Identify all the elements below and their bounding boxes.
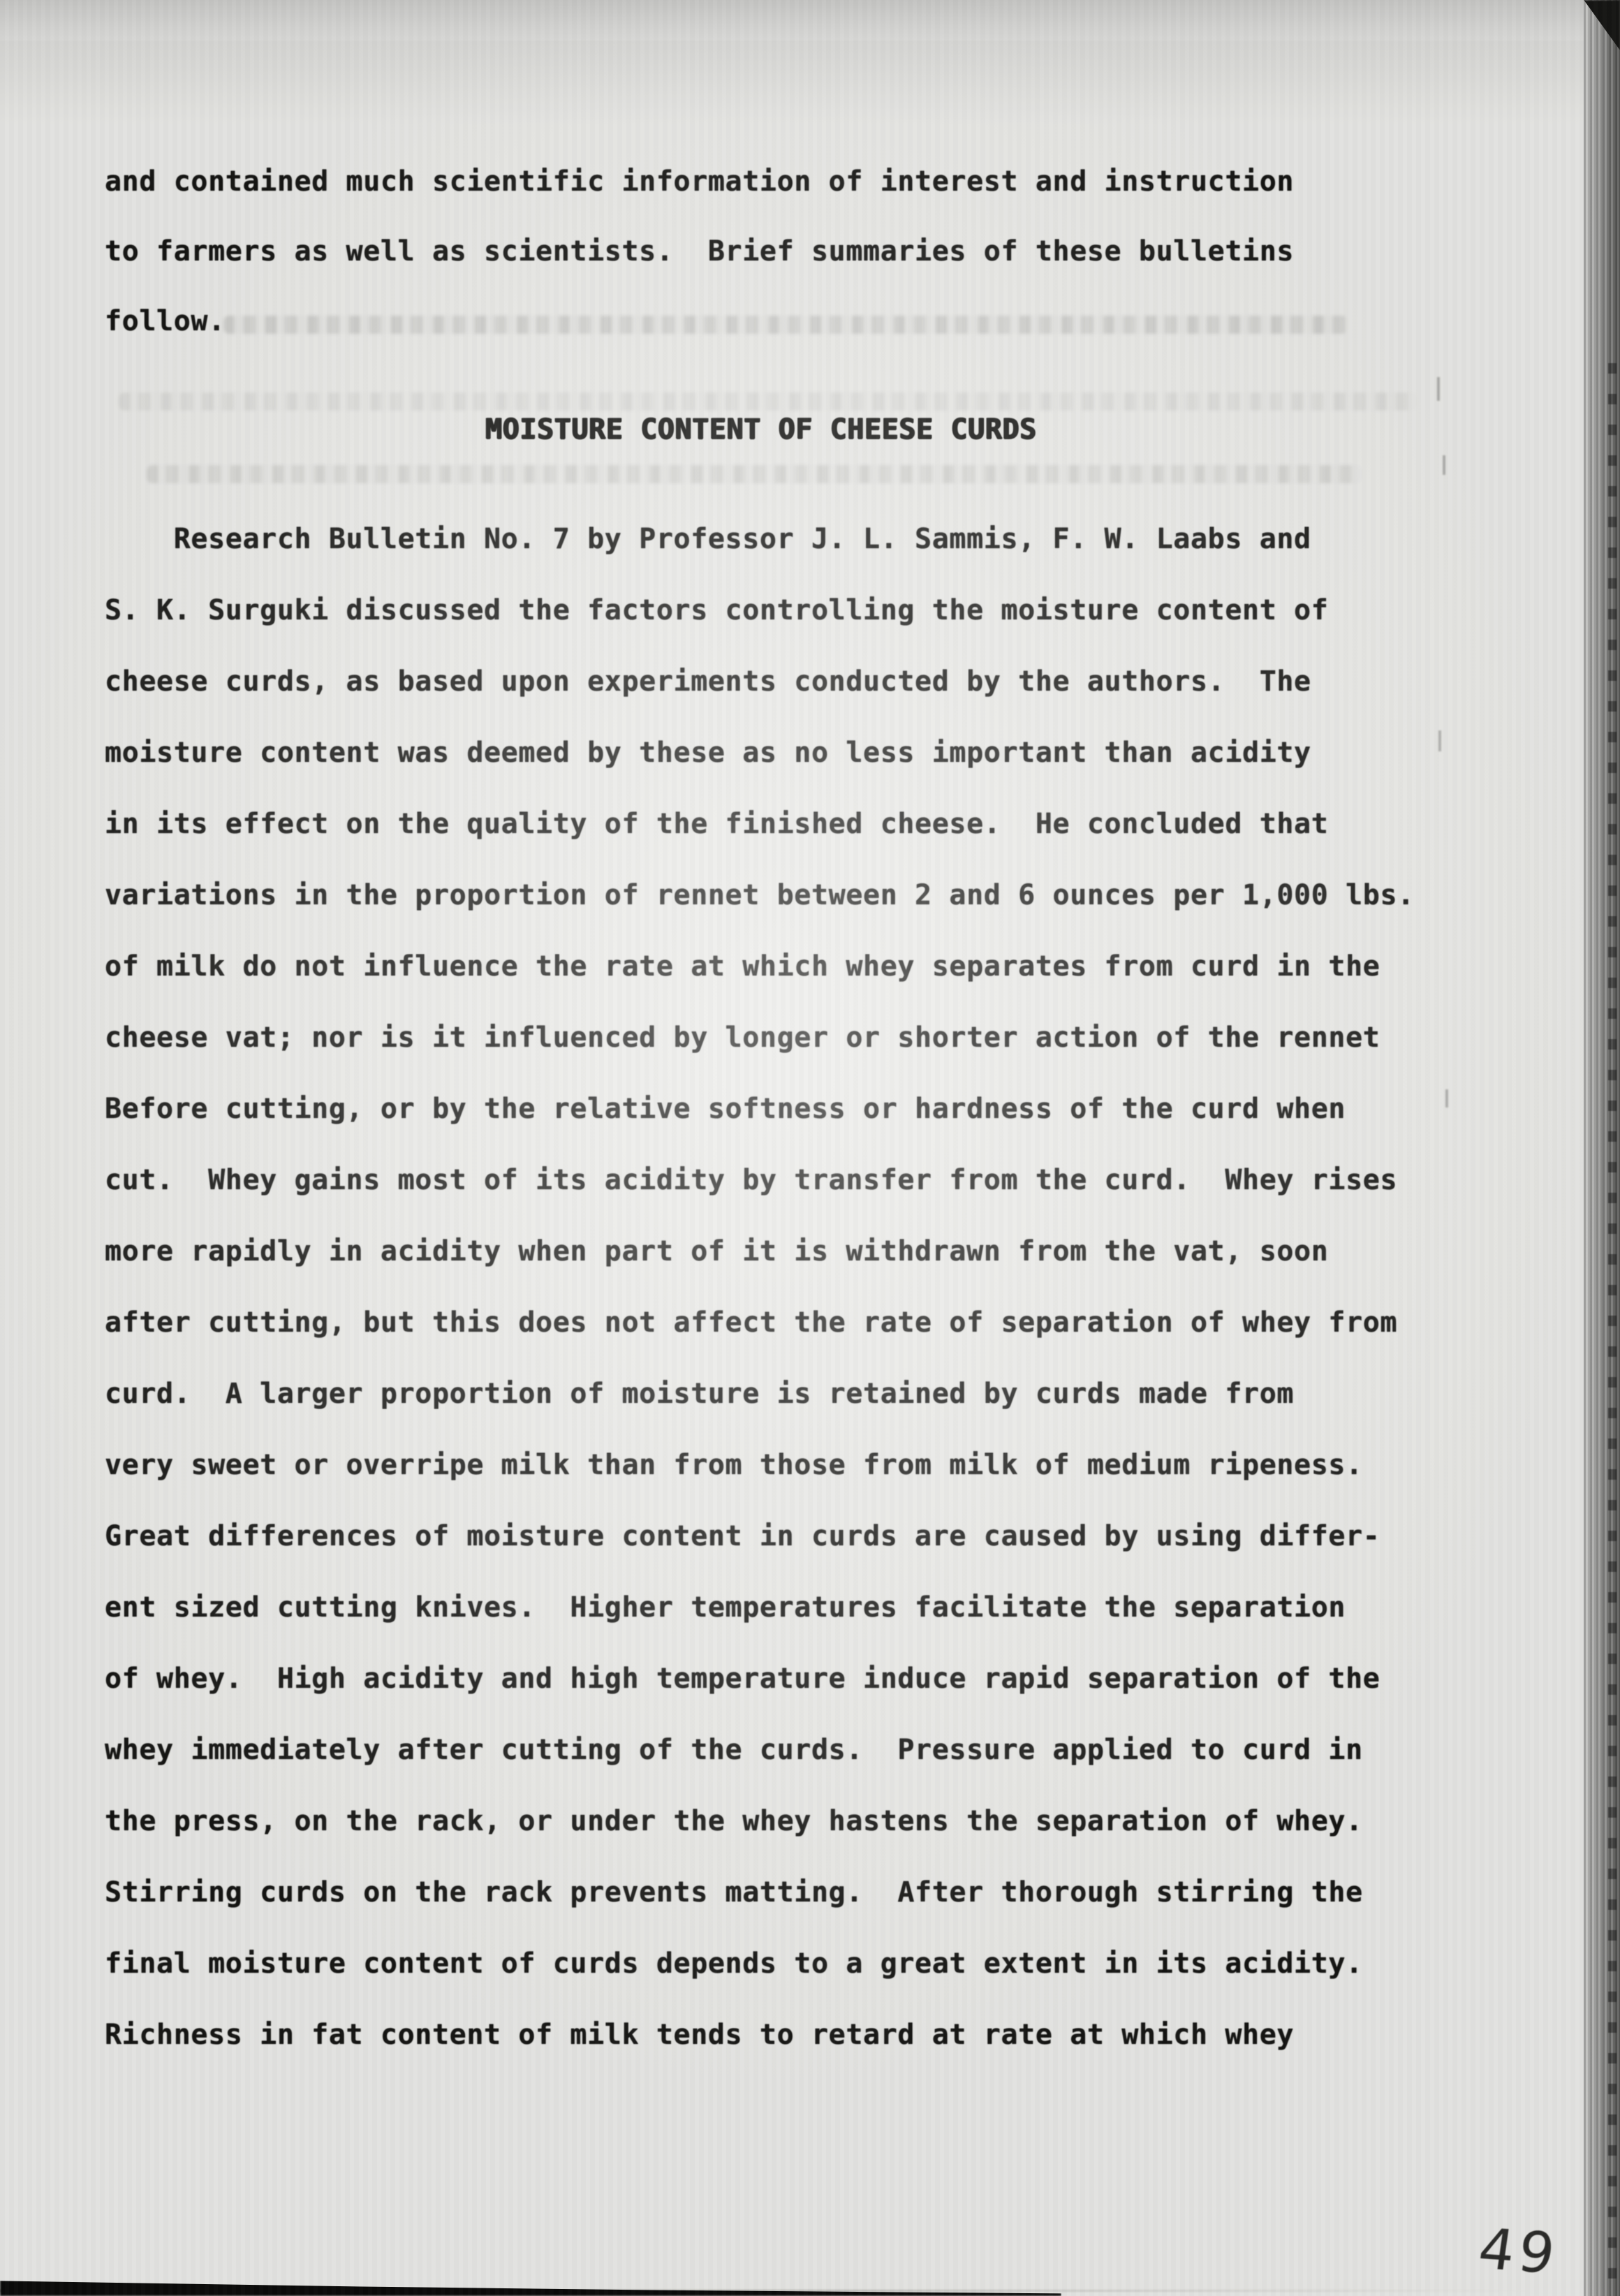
document-page: and contained much scientific informatio… xyxy=(0,0,1620,2296)
text-line: to farmers as well as scientists. Brief … xyxy=(105,216,1431,286)
text-line: Research Bulletin No. 7 by Professor J. … xyxy=(105,503,1445,575)
book-edge xyxy=(1584,0,1620,2296)
text-line: very sweet or overripe milk than from th… xyxy=(105,1429,1445,1501)
text-line: and contained much scientific informatio… xyxy=(105,147,1431,216)
text-line: of milk do not influence the rate at whi… xyxy=(105,931,1445,1002)
text-line: Stirring curds on the rack prevents matt… xyxy=(105,1857,1445,1928)
text-line: ent sized cutting knives. Higher tempera… xyxy=(105,1572,1445,1643)
scan-top-shadow xyxy=(0,0,1620,41)
text-line: Great differences of moisture content in… xyxy=(105,1501,1445,1572)
text-line: Before cutting, or by the relative softn… xyxy=(105,1073,1445,1145)
intro-paragraph: and contained much scientific informatio… xyxy=(105,147,1431,356)
text-line: final moisture content of curds depends … xyxy=(105,1928,1445,1999)
handwritten-page-number: 49 xyxy=(1475,2216,1563,2286)
text-line: variations in the proportion of rennet b… xyxy=(105,860,1445,931)
text-line: after cutting, but this does not affect … xyxy=(105,1287,1445,1358)
ink-bleed-smudge xyxy=(147,465,1362,483)
body-paragraph: Research Bulletin No. 7 by Professor J. … xyxy=(105,503,1445,2070)
adjacent-page-print-marks xyxy=(1608,363,1617,2296)
scan-top-shadow-fade xyxy=(0,41,1620,124)
text-line: curd. A larger proportion of moisture is… xyxy=(105,1358,1445,1429)
bleed-mark xyxy=(1437,377,1440,401)
text-line: S. K. Surguki discussed the factors cont… xyxy=(105,575,1445,646)
text-line: cheese vat; nor is it influenced by long… xyxy=(105,1002,1445,1073)
text-line: moisture content was deemed by these as … xyxy=(105,717,1445,788)
scan-bottom-shadow xyxy=(0,2275,1061,2296)
text-line: of whey. High acidity and high temperatu… xyxy=(105,1643,1445,1714)
text-line: in its effect on the quality of the fini… xyxy=(105,788,1445,860)
bleed-mark xyxy=(1443,455,1445,475)
text-line: more rapidly in acidity when part of it … xyxy=(105,1216,1445,1287)
text-line: follow. xyxy=(105,286,1431,356)
bleed-mark xyxy=(1445,1089,1448,1107)
text-line: cut. Whey gains most of its acidity by t… xyxy=(105,1145,1445,1216)
text-line: cheese curds, as based upon experiments … xyxy=(105,646,1445,717)
text-line: Richness in fat content of milk tends to… xyxy=(105,1999,1445,2070)
section-heading: MOISTURE CONTENT OF CHEESE CURDS xyxy=(105,409,1417,450)
text-line: whey immediately after cutting of the cu… xyxy=(105,1714,1445,1786)
text-line: the press, on the rack, or under the whe… xyxy=(105,1786,1445,1857)
